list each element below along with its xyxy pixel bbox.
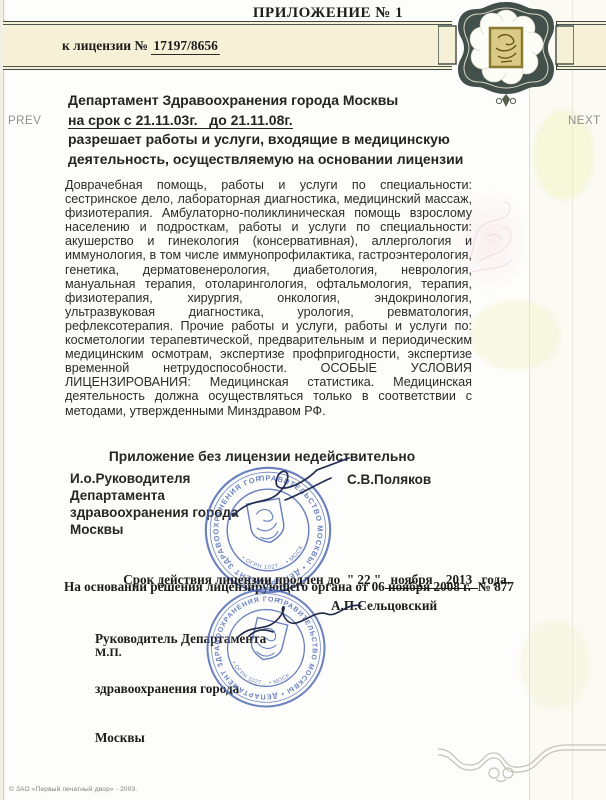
printer-copyright: © ЗАО «Первый печатный двор» - 2003. — [9, 786, 137, 793]
scanned-license-appendix-page: ПРИЛОЖЕНИЕ № 1 к лицензии № 17197/8656 — [0, 0, 606, 800]
license-number: 17197/8656 — [151, 38, 220, 55]
issuer-name: Департамент Здравоохранения города Москв… — [68, 91, 488, 111]
finial-leaf — [496, 98, 501, 103]
watermark-horse-icon — [470, 202, 512, 272]
issuer-block: Департамент Здравоохранения города Москв… — [68, 91, 488, 169]
handwritten-signature-1 — [225, 452, 357, 530]
bottom-scroll-ornament — [438, 733, 606, 785]
finial-leaf — [510, 98, 515, 103]
permit-line-1: разрешает работы и услуги, входящие в ме… — [68, 130, 488, 150]
permit-line-2: деятельность, осуществляемую на основани… — [68, 150, 488, 170]
handwritten-signature-2 — [233, 588, 367, 650]
seal-place-mark: М.П. — [95, 645, 122, 660]
signatory1-name: С.В.Поляков — [347, 472, 431, 487]
band-stub-left — [438, 26, 456, 64]
license-term-line: на срок с 21.11.03г. до 21.11.08г. — [68, 112, 293, 129]
license-number-line: к лицензии № 17197/8656 — [62, 38, 220, 54]
license-prefix: к лицензии № — [62, 38, 148, 53]
license-services-paragraph: Доврачебная помощь, работы и услуги по с… — [65, 178, 472, 418]
signatory2-title-line: Москвы — [95, 730, 266, 747]
cartouche-finial-bottom — [502, 94, 510, 107]
prev-button[interactable]: PREV — [8, 115, 41, 127]
scan-stain — [520, 620, 590, 710]
scan-stain — [470, 300, 560, 370]
page-left-edge-line — [3, 0, 4, 800]
next-button[interactable]: NEXT — [568, 115, 601, 127]
band-stub-right — [556, 26, 574, 64]
